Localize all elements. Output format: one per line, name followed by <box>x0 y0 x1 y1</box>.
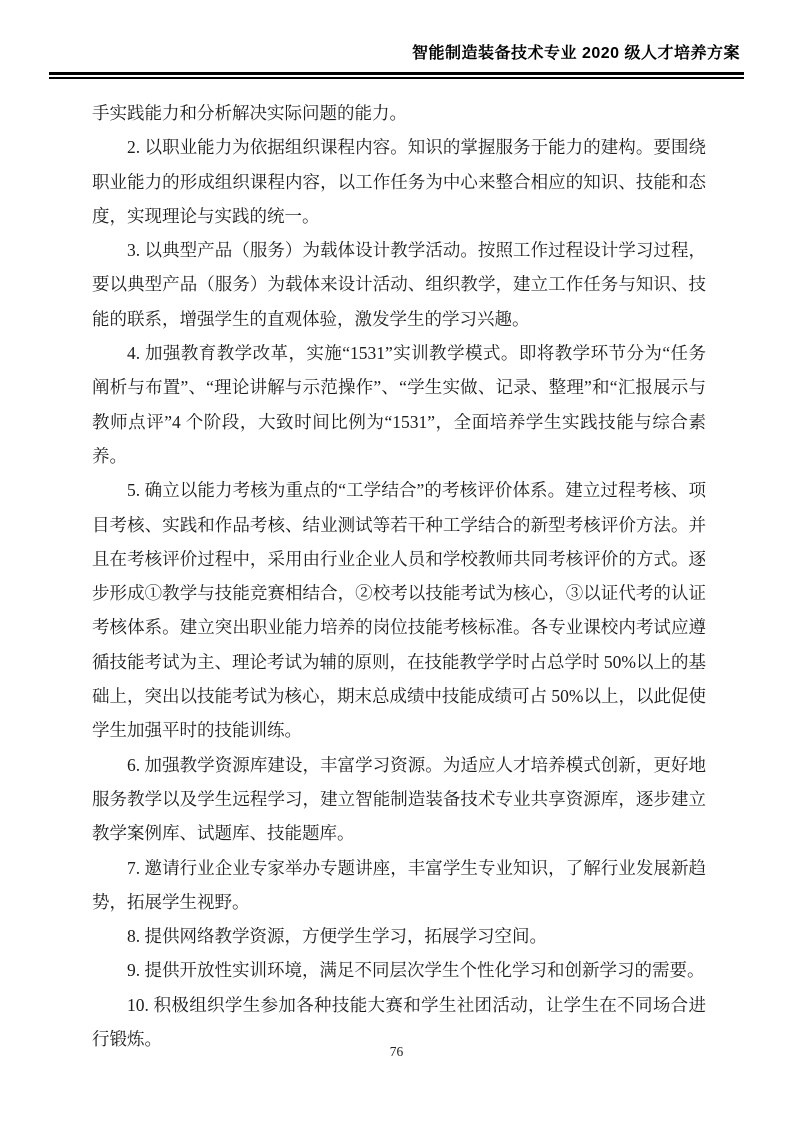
paragraph: 手实践能力和分析解决实际问题的能力。 <box>92 96 706 130</box>
paragraph: 9. 提供开放性实训环境，满足不同层次学生个性化学习和创新学习的需要。 <box>92 953 706 987</box>
paragraph: 5. 确立以能力考核为重点的“工学结合”的考核评价体系。建立过程考核、项目考核、… <box>92 473 706 747</box>
paragraph: 7. 邀请行业企业专家举办专题讲座，丰富学生专业知识，了解行业发展新趋势，拓展学… <box>92 851 706 920</box>
page-header: 智能制造装备技术专业 2020 级人才培养方案 <box>49 0 744 79</box>
page-footer: 76 <box>0 1044 793 1060</box>
document-page: 智能制造装备技术专业 2020 级人才培养方案 手实践能力和分析解决实际问题的能… <box>0 0 793 1122</box>
paragraph: 2. 以职业能力为依据组织课程内容。知识的掌握服务于能力的建构。要围绕职业能力的… <box>92 130 706 233</box>
paragraph: 8. 提供网络教学资源，方便学生学习，拓展学习空间。 <box>92 919 706 953</box>
paragraph: 3. 以典型产品（服务）为载体设计教学活动。按照工作过程设计学习过程，要以典型产… <box>92 233 706 336</box>
page-number: 76 <box>390 1044 404 1059</box>
header-double-rule <box>49 72 744 79</box>
header-title: 智能制造装备技术专业 2020 级人才培养方案 <box>49 0 744 63</box>
document-body: 手实践能力和分析解决实际问题的能力。2. 以职业能力为依据组织课程内容。知识的掌… <box>92 96 706 1056</box>
paragraph: 6. 加强教学资源库建设，丰富学习资源。为适应人才培养模式创新，更好地服务教学以… <box>92 748 706 851</box>
paragraph: 4. 加强教育教学改革，实施“1531”实训教学模式。即将教学环节分为“任务阐析… <box>92 336 706 473</box>
